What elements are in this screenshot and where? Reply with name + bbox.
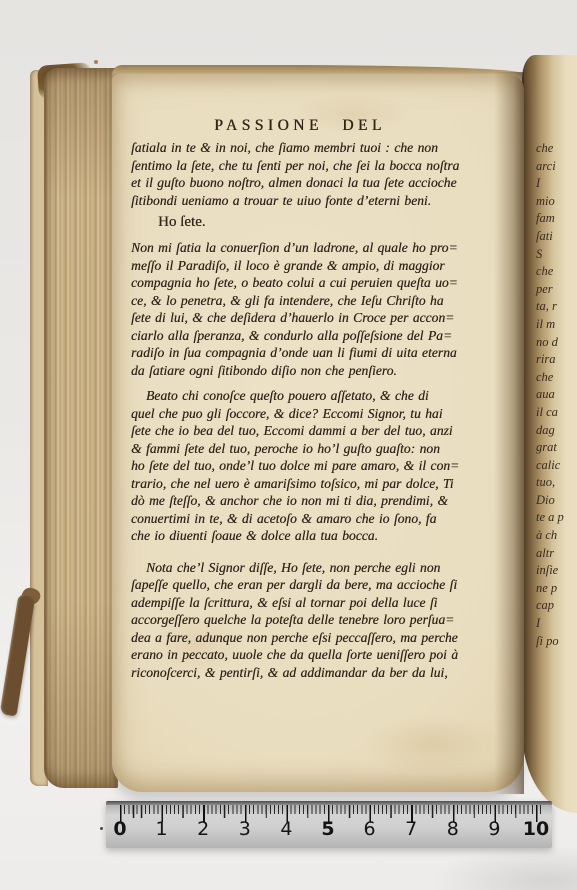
backdrop-speck bbox=[100, 827, 103, 830]
ruler-number: 4 bbox=[280, 818, 292, 840]
fragment-line: che bbox=[536, 369, 577, 387]
facing-page-text-fragments: che arci I mio fam ſati S che per ta, r … bbox=[536, 140, 577, 650]
ruler-number: 10 bbox=[523, 818, 549, 840]
fragment-line: aua bbox=[536, 386, 577, 404]
fragment-line: cap bbox=[536, 597, 577, 615]
text-line: compagnia ho ſete, o beato colui a cui p… bbox=[131, 274, 469, 292]
gutter-shadow bbox=[494, 72, 524, 794]
fragment-line: inſie bbox=[536, 562, 577, 580]
text-line: ſete che io bea del tuo, Eccomi dammi a … bbox=[131, 422, 469, 440]
fragment-line: I bbox=[536, 175, 577, 193]
fragment-line: ne p bbox=[536, 580, 577, 598]
ruler-number: 9 bbox=[488, 818, 500, 840]
text-line: meſſo il Paradiſo, il loco è grande & am… bbox=[131, 257, 469, 275]
fragment-line: ſati bbox=[536, 228, 577, 246]
fragment-line: Dio bbox=[536, 492, 577, 510]
fragment-line: I bbox=[536, 615, 577, 633]
fragment-line: arci bbox=[536, 158, 577, 176]
fragment-line: no d bbox=[536, 334, 577, 352]
text-line: dea a fare, adunque non perche eſsi pecc… bbox=[131, 629, 469, 647]
text-line: & fammi ſete del tuo, peroche io ho’l gu… bbox=[131, 440, 469, 458]
text-line: et il guſto buono noſtro, almen donaci l… bbox=[131, 174, 469, 192]
fragment-line: à ch bbox=[536, 527, 577, 545]
book-photograph: che arci I mio fam ſati S che per ta, r … bbox=[0, 0, 577, 890]
text-line: ſapeſſe quello, che eran per dargli da b… bbox=[131, 576, 469, 594]
fragment-line: S bbox=[536, 246, 577, 264]
text-line: dò me ſteſſo, & anchor che io non mi ti … bbox=[131, 492, 469, 510]
printed-text: PASSIONE DEL ſatiala in te & in noi, che… bbox=[131, 117, 469, 681]
fore-edge-shading bbox=[44, 68, 118, 788]
ruler-number: 5 bbox=[321, 818, 334, 840]
fragment-line: calic bbox=[536, 457, 577, 475]
text-line: Nota che’l Signor diſſe, Ho ſete, non pe… bbox=[131, 559, 469, 577]
fragment-line: che bbox=[536, 263, 577, 281]
fragment-line: per bbox=[536, 281, 577, 299]
text-line: da ſatiare ogni ſitibondo diſio non che … bbox=[131, 362, 469, 380]
text-line: ce, & lo penetra, & gli fa intendere, ch… bbox=[131, 292, 469, 310]
ruler-number: 0 bbox=[113, 818, 126, 840]
text-line: che io diuenti ſoaue & dolce alla tua bo… bbox=[131, 527, 469, 545]
ruler-number: 1 bbox=[156, 818, 168, 840]
ruler-number: 6 bbox=[364, 818, 376, 840]
ruler-number: 7 bbox=[405, 818, 417, 840]
ruler-ticks bbox=[120, 805, 544, 814]
fragment-line: ta, r bbox=[536, 298, 577, 316]
fragment-line: il m bbox=[536, 316, 577, 334]
ruler: 0 1 2 3 4 5 6 7 8 9 10 bbox=[106, 801, 552, 848]
page-stain bbox=[362, 714, 502, 774]
text-line: trario, che nel uero è amariſsimo toſsic… bbox=[131, 475, 469, 493]
text-line: conuertimi in te, & di acetoſo & amaro c… bbox=[131, 510, 469, 528]
fragment-line: ſi po bbox=[536, 633, 577, 651]
text-line: Beato chi conoſce queſto pouero aſſetato… bbox=[131, 387, 469, 405]
fragment-line: rira bbox=[536, 351, 577, 369]
text-line: ſitibondi ueniamo a trouar te uiuo fonte… bbox=[131, 192, 469, 210]
photo-corner-shadow bbox=[430, 845, 577, 890]
ruler-number: 8 bbox=[447, 818, 459, 840]
text-line: ſatiala in te & in noi, che ſiamo membri… bbox=[131, 139, 469, 157]
fragment-line: altr bbox=[536, 545, 577, 563]
fragment-line: tuo, bbox=[536, 474, 577, 492]
text-line: Non mi ſatia la conuerſion d’un ladrone,… bbox=[131, 239, 469, 257]
section-heading: Ho ſete. bbox=[131, 211, 469, 233]
text-line: erano in peccato, uuole che da quella ſo… bbox=[131, 646, 469, 664]
text-line: ſete di lui, & che deſidera d’hauerlo in… bbox=[131, 309, 469, 327]
text-line: quel che puo gli ſoccore, & dice? Eccomi… bbox=[131, 405, 469, 423]
text-line: adempiſſe la ſcrittura, & eſsi al tornar… bbox=[131, 594, 469, 612]
fragment-line: grat bbox=[536, 439, 577, 457]
text-line: ciarlo alla ſperanza, & condurlo alla po… bbox=[131, 327, 469, 345]
text-line: ſentimo la ſete, che tu ſenti per noi, c… bbox=[131, 157, 469, 175]
fragment-line: mio bbox=[536, 193, 577, 211]
fragment-line: dag bbox=[536, 422, 577, 440]
ruler-number: 2 bbox=[197, 818, 209, 840]
backdrop-speck bbox=[94, 60, 98, 64]
text-line: riconoſcerci, & pentirſi, & ad addimanda… bbox=[131, 664, 469, 682]
ruler-number: 3 bbox=[239, 818, 251, 840]
text-line: accorgeſſero quelche la poteſta delle te… bbox=[131, 611, 469, 629]
text-line: ho ſete del tuo, onde’l tuo dolce mi par… bbox=[131, 457, 469, 475]
fragment-line: che bbox=[536, 140, 577, 158]
fragment-line: te a p bbox=[536, 509, 577, 527]
text-line: radiſo in ſua compagnia d’onde uan li fi… bbox=[131, 344, 469, 362]
fragment-line: fam bbox=[536, 210, 577, 228]
fragment-line: il ca bbox=[536, 404, 577, 422]
running-title: PASSIONE DEL bbox=[131, 117, 469, 135]
